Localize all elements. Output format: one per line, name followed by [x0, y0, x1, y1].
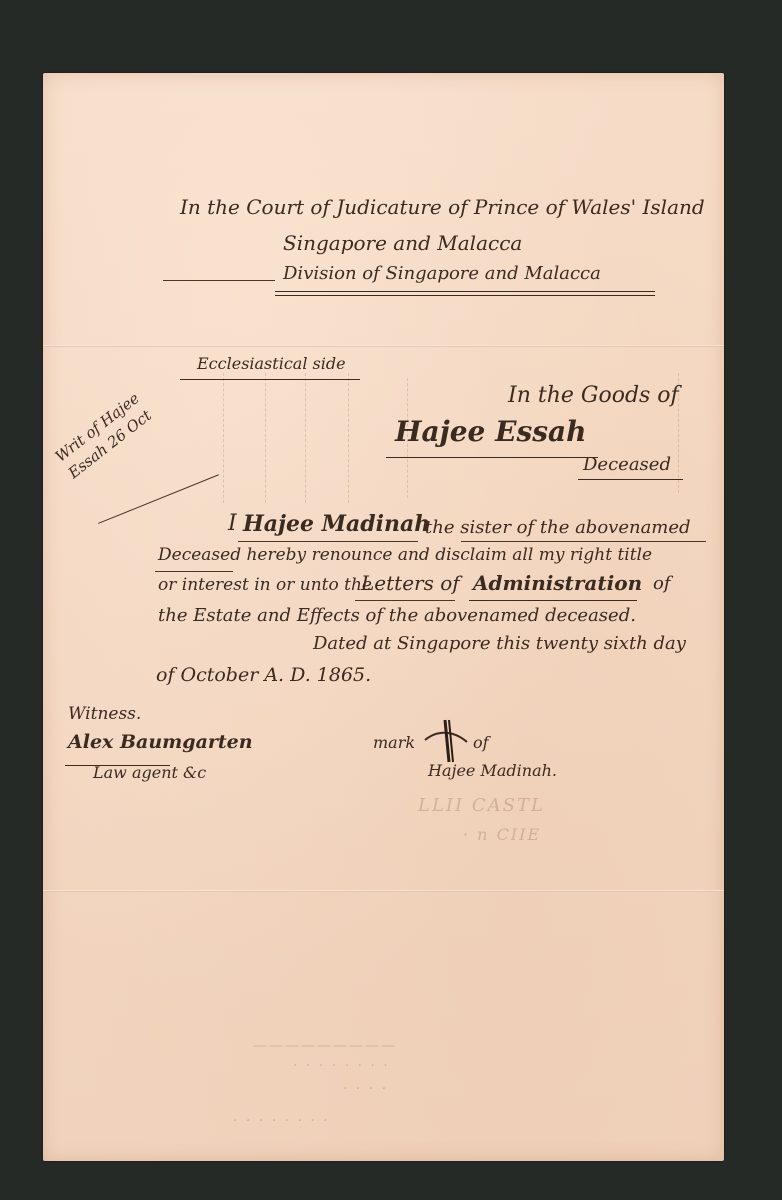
- bleed-through-text: —————————: [253, 1038, 397, 1054]
- bleed-through-text: · · · ·: [343, 1081, 388, 1097]
- header-dash-rule: [163, 280, 275, 281]
- side-underline: [180, 379, 360, 380]
- mark-label: mark: [373, 735, 415, 751]
- margin-note-underline: [98, 474, 219, 524]
- fold-line-lower: [43, 890, 724, 892]
- declarant-name: Hajee Madinah: [243, 513, 430, 535]
- deceased-status: Deceased: [583, 456, 671, 474]
- body-line3-suffix: of: [653, 575, 671, 593]
- court-header-line2: Singapore and Malacca: [283, 233, 522, 253]
- bleed-through-text: · n CIIE: [463, 825, 541, 844]
- witness-title: Law agent &c: [93, 765, 206, 781]
- court-header-line3: Division of Singapore and Malacca: [283, 265, 601, 283]
- bleed-through-text: · · · · · · · ·: [293, 1058, 390, 1074]
- witness-signature: Alex Baumgarten: [68, 733, 253, 752]
- body-pronoun: I: [228, 513, 237, 535]
- body-line1-rest: the sister of the abovenamed: [425, 519, 691, 537]
- ecclesiastical-side-label: Ecclesiastical side: [197, 356, 346, 372]
- header-underline-1: [275, 291, 655, 292]
- bleed-column: [305, 373, 306, 503]
- bleed-through-text: · · · · · · · ·: [233, 1113, 330, 1129]
- declarant-underline: [238, 541, 418, 542]
- signatory-name: Hajee Madinah.: [428, 763, 557, 779]
- document-paper: In the Court of Judicature of Prince of …: [43, 73, 724, 1161]
- status-underline: [578, 479, 683, 480]
- body-line3-prefix: or interest in or unto the: [158, 577, 372, 594]
- header-underline-2: [275, 295, 655, 296]
- body-line4: the Estate and Effects of the abovenamed…: [158, 607, 636, 625]
- fold-line-upper: [43, 345, 724, 347]
- court-header-line1: In the Court of Judicature of Prince of …: [180, 197, 705, 217]
- letters-of: Letters of: [361, 573, 460, 593]
- bleed-through-text: LLII CASTL: [418, 795, 545, 816]
- bleed-column: [265, 373, 266, 503]
- witness-label: Witness.: [68, 706, 141, 723]
- letters-underline: [355, 600, 455, 601]
- body-line2: Deceased hereby renounce and disclaim al…: [158, 547, 652, 564]
- margin-note: Writ of Hajee Essah 26 Oct: [53, 391, 155, 482]
- relation-underline: [461, 541, 706, 542]
- deceased-name-underline: [386, 457, 598, 458]
- body-line5-dated: Dated at Singapore this twenty sixth day: [313, 635, 686, 653]
- signature-mark-x-icon: [423, 716, 473, 766]
- administration-underline: [469, 600, 637, 601]
- deceased-name: Hajee Essah: [395, 418, 586, 446]
- in-goods-of-label: In the Goods of: [508, 385, 679, 407]
- mark-suffix: of: [473, 735, 489, 751]
- bleed-column: [223, 373, 224, 503]
- body-line6-date: of October A. D. 1865.: [156, 666, 371, 685]
- administration: Administration: [473, 573, 642, 593]
- bleed-column: [348, 373, 349, 503]
- deceased-underline: [155, 571, 233, 572]
